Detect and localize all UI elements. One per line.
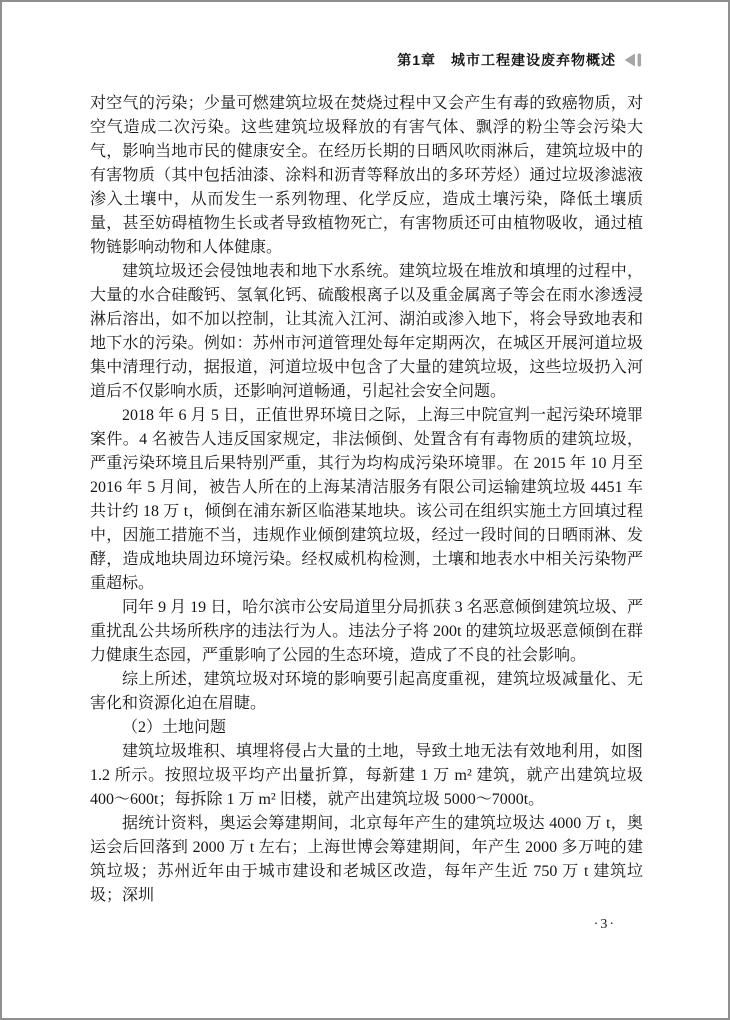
paragraph: 据统计资料，奥运会筹建期间，北京每年产生的建筑垃圾达 4000 万 t，奥运会后…	[90, 812, 643, 908]
paragraph: 综上所述，建筑垃圾对环境的影响要引起高度重视，建筑垃圾减量化、无害化和资源化迫在…	[90, 668, 643, 716]
subheading-land-problem: （2）土地问题	[90, 716, 643, 740]
paragraph: 2018 年 6 月 5 日，正值世界环境日之际，上海三中院宣判一起污染环境罪案…	[90, 404, 643, 596]
back-triangle-icon	[623, 53, 643, 67]
paragraph-continuation: 对空气的污染；少量可燃建筑垃圾在焚烧过程中又会产生有毒的致癌物质，对空气造成二次…	[90, 92, 643, 260]
page-number: ·3·	[594, 917, 616, 932]
body-text: 对空气的污染；少量可燃建筑垃圾在焚烧过程中又会产生有毒的致癌物质，对空气造成二次…	[2, 92, 728, 908]
chapter-title: 第1章 城市工程建设废弃物概述	[397, 50, 616, 70]
paragraph: 建筑垃圾堆积、填埋将侵占大量的土地，导致土地无法有效地利用，如图 1.2 所示。…	[90, 740, 643, 812]
book-page: 第1章 城市工程建设废弃物概述 对空气的污染；少量可燃建筑垃圾在焚烧过程中又会产…	[0, 0, 730, 1020]
paragraph: 建筑垃圾还会侵蚀地表和地下水系统。建筑垃圾在堆放和填埋的过程中，大量的水合硅酸钙…	[90, 260, 643, 404]
page-footer: ·3·	[2, 915, 728, 933]
paragraph: 同年 9 月 19 日，哈尔滨市公安局道里分局抓获 3 名恶意倾倒建筑垃圾、严重…	[90, 596, 643, 668]
page-header: 第1章 城市工程建设废弃物概述	[2, 50, 728, 70]
